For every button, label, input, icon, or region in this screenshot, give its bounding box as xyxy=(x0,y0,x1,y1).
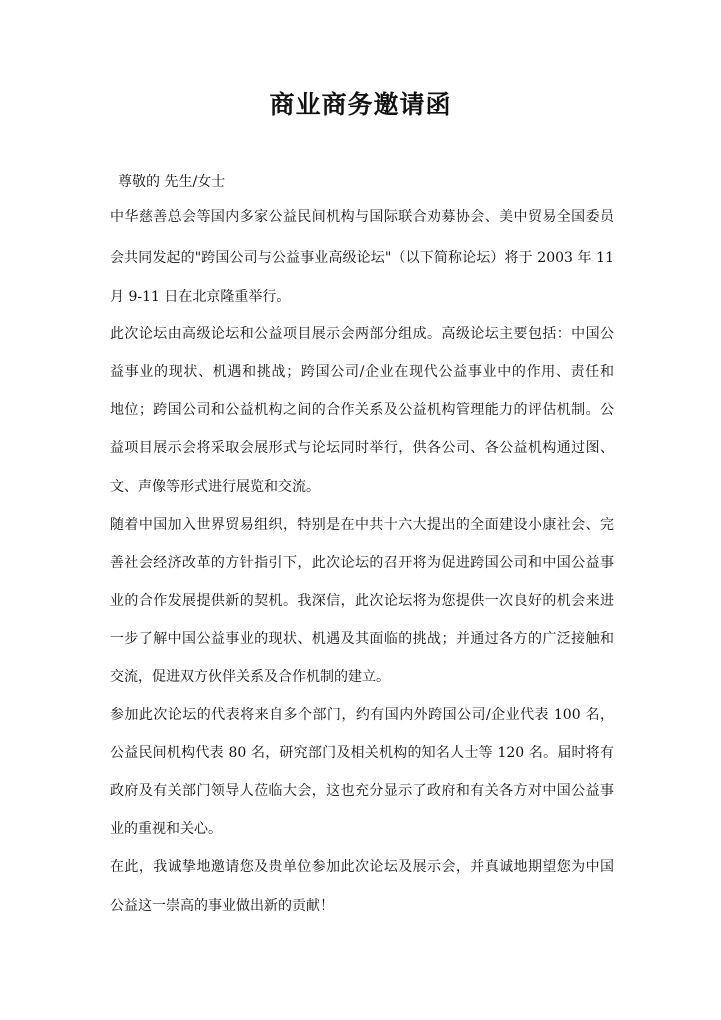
paragraph-line: 交流，促进双方伙伴关系及合作机制的建立。 xyxy=(110,667,614,687)
paragraph-line: 中华慈善总会等国内多家公益民间机构与国际联合劝募协会、美中贸易全国委员 xyxy=(110,207,614,227)
paragraph-line: 业的重视和关心。 xyxy=(110,819,614,839)
paragraph-line: 益事业的现状、机遇和挑战；跨国公司/企业在现代公益事业中的作用、责任和 xyxy=(110,362,614,382)
paragraph-line: 益项目展示会将采取会展形式与论坛同时举行，供各公司、各公益机构通过图、 xyxy=(110,438,614,458)
paragraph-line: 一步了解中国公益事业的现状、机遇及其面临的挑战；并通过各方的广泛接触和 xyxy=(110,629,614,649)
paragraph-line: 善社会经济改革的方针指引下，此次论坛的召开将为促进跨国公司和中国公益事 xyxy=(110,553,614,573)
paragraph-line: 地位；跨国公司和公益机构之间的合作关系及公益机构管理能力的评估机制。公 xyxy=(110,400,614,420)
paragraph-line: 公益民间机构代表 80 名，研究部门及相关机构的知名人士等 120 名。届时将有 xyxy=(110,743,614,763)
paragraph-line: 会共同发起的"跨国公司与公益事业高级论坛"（以下简称论坛）将于 2003 年 1… xyxy=(110,248,614,268)
paragraph-line: 业的合作发展提供新的契机。我深信，此次论坛将为您提供一次良好的机会来进 xyxy=(110,591,614,611)
paragraph-line: 政府及有关部门领导人莅临大会，这也充分显示了政府和有关各方对中国公益事 xyxy=(110,781,614,801)
paragraph-line: 此次论坛由高级论坛和公益项目展示会两部分组成。高级论坛主要包括：中国公 xyxy=(110,324,614,344)
paragraph-line: 参加此次论坛的代表将来自多个部门，约有国内外跨国公司/企业代表 100 名， xyxy=(110,705,614,725)
paragraph-line: 文、声像等形式进行展览和交流。 xyxy=(110,477,614,497)
paragraph-line: 随着中国加入世界贸易组织，特别是在中共十六大提出的全面建设小康社会、完 xyxy=(110,515,614,535)
salutation: 尊敬的 先生/女士 xyxy=(118,172,622,192)
paragraph-line: 在此，我诚挚地邀请您及贵单位参加此次论坛及展示会，并真诚地期望您为中国 xyxy=(110,857,614,877)
document-title: 商业商务邀请函 xyxy=(0,88,721,122)
paragraph-line: 公益这一崇高的事业做出新的贡献！ xyxy=(110,896,614,916)
paragraph-line: 月 9-11 日在北京隆重举行。 xyxy=(110,287,614,307)
